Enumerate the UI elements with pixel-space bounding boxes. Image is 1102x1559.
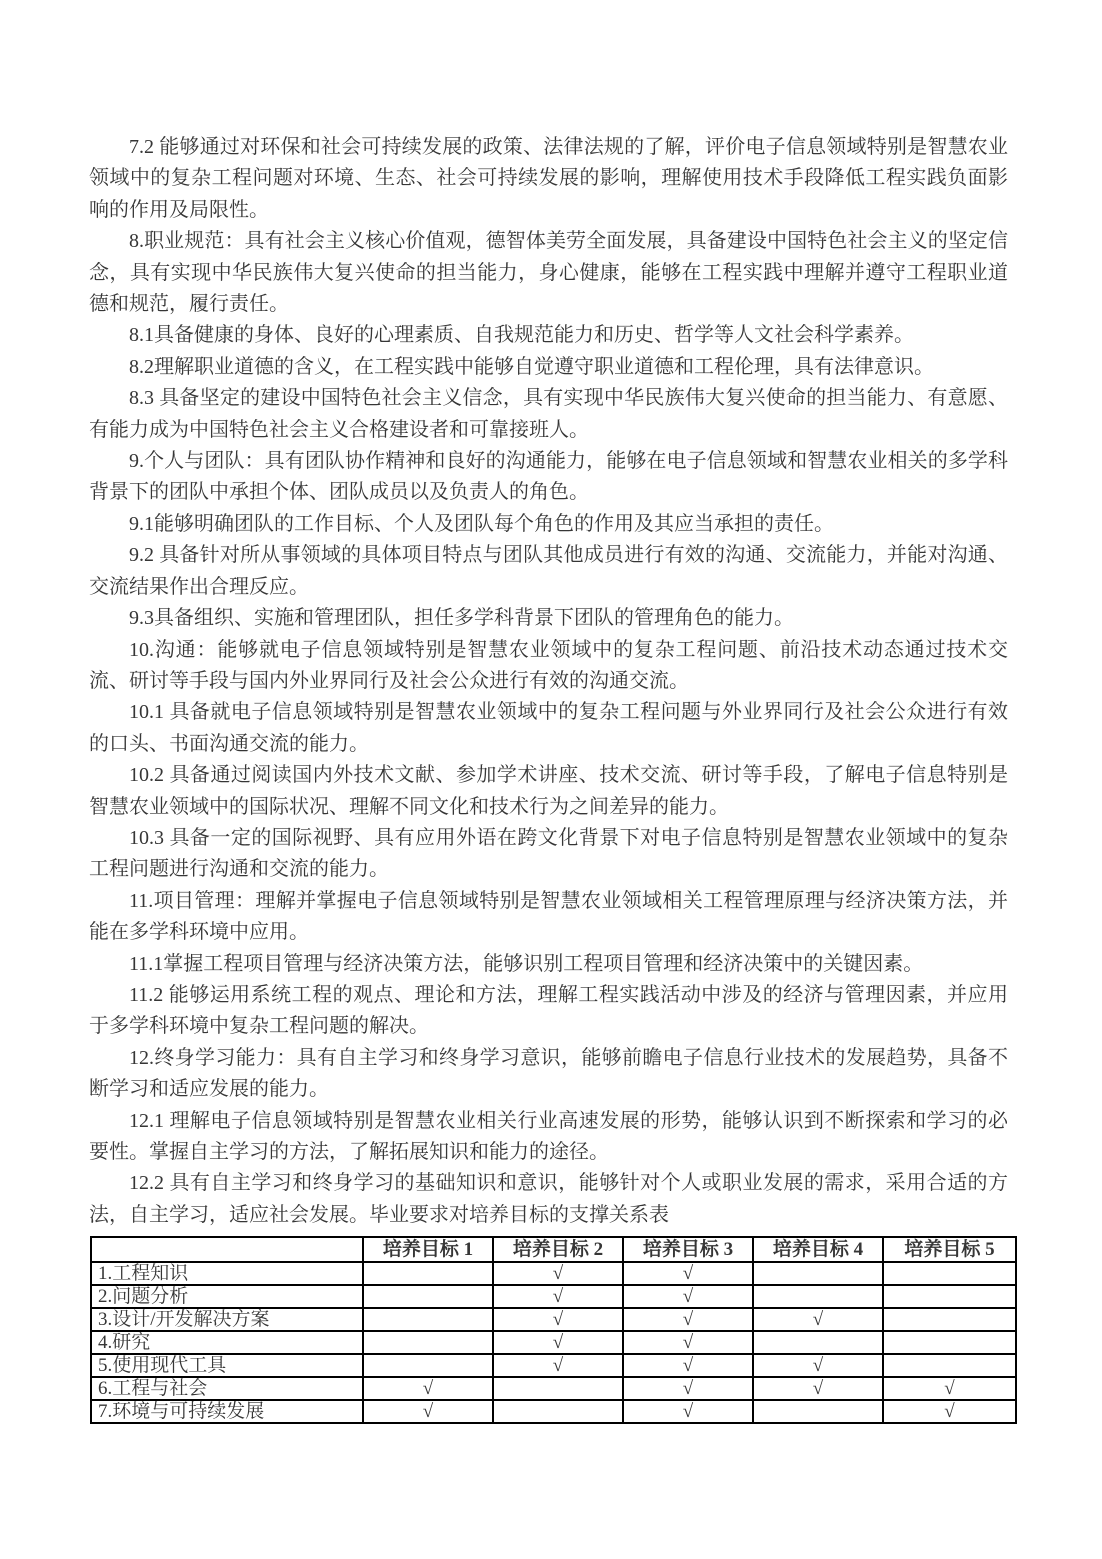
body-paragraph-12: 10.2 具备通过阅读国内外技术文献、参加学术讲座、技术交流、研讨等手段，了解电… xyxy=(89,760,1008,823)
row-label-cell: 3.设计/开发解决方案 xyxy=(91,1308,363,1331)
body-paragraph-16: 11.2 能够运用系统工程的观点、理论和方法，理解工程实践活动中涉及的经济与管理… xyxy=(89,980,1008,1043)
row-label-cell: 1.工程知识 xyxy=(91,1262,363,1285)
empty-cell xyxy=(493,1377,623,1400)
empty-cell xyxy=(883,1331,1016,1354)
matrix-header-cell-goal-5: 培养目标 5 xyxy=(883,1237,1016,1262)
row-label-cell: 6.工程与社会 xyxy=(91,1377,363,1400)
check-mark-icon: √ xyxy=(683,1263,693,1284)
empty-cell xyxy=(883,1354,1016,1377)
check-mark-icon: √ xyxy=(423,1378,433,1399)
row-label-cell: 4.研究 xyxy=(91,1331,363,1354)
empty-cell xyxy=(883,1285,1016,1308)
check-mark-icon: √ xyxy=(553,1309,563,1330)
empty-cell xyxy=(363,1354,493,1377)
body-paragraph-8: 9.2 具备针对所从事领域的具体项目特点与团队其他成员进行有效的沟通、交流能力，… xyxy=(89,540,1008,603)
empty-cell xyxy=(753,1331,883,1354)
body-paragraph-2: 8.职业规范：具有社会主义核心价值观，德智体美劳全面发展，具备建设中国特色社会主… xyxy=(89,226,1008,320)
body-paragraph-9: 9.3具备组织、实施和管理团队，担任多学科背景下团队的管理角色的能力。 xyxy=(89,603,1008,634)
check-mark-icon: √ xyxy=(683,1286,693,1307)
matrix-header-cell-goal-2: 培养目标 2 xyxy=(493,1237,623,1262)
row-label-cell: 5.使用现代工具 xyxy=(91,1354,363,1377)
check-mark-icon: √ xyxy=(423,1401,433,1422)
check-mark-icon: √ xyxy=(553,1355,563,1376)
table-row: 3.设计/开发解决方案√√√ xyxy=(91,1308,1016,1331)
check-mark-icon: √ xyxy=(683,1355,693,1376)
check-mark-icon: √ xyxy=(553,1332,563,1353)
check-mark-cell: √ xyxy=(493,1262,623,1285)
check-mark-icon: √ xyxy=(553,1286,563,1307)
check-mark-icon: √ xyxy=(683,1309,693,1330)
empty-cell xyxy=(883,1262,1016,1285)
check-mark-icon: √ xyxy=(813,1378,823,1399)
body-paragraph-4: 8.2理解职业道德的含义，在工程实践中能够自觉遵守职业道德和工程伦理，具有法律意… xyxy=(89,352,1008,383)
empty-cell xyxy=(883,1308,1016,1331)
table-header-row: 培养目标 1培养目标 2培养目标 3培养目标 4培养目标 5 xyxy=(91,1237,1016,1262)
matrix-corner-cell xyxy=(91,1237,363,1262)
check-mark-cell: √ xyxy=(753,1354,883,1377)
check-mark-cell: √ xyxy=(623,1354,753,1377)
check-mark-icon: √ xyxy=(683,1332,693,1353)
check-mark-cell: √ xyxy=(623,1262,753,1285)
empty-cell xyxy=(753,1285,883,1308)
check-mark-cell: √ xyxy=(493,1331,623,1354)
body-paragraph-19: 12.2 具有自主学习和终身学习的基础知识和意识，能够针对个人或职业发展的需求，… xyxy=(89,1168,1008,1231)
body-paragraph-15: 11.1掌握工程项目管理与经济决策方法，能够识别工程项目管理和经济决策中的关键因… xyxy=(89,949,1008,980)
check-mark-cell: √ xyxy=(363,1400,493,1423)
empty-cell xyxy=(363,1285,493,1308)
check-mark-cell: √ xyxy=(493,1354,623,1377)
check-mark-icon: √ xyxy=(813,1309,823,1330)
support-matrix-body: 1.工程知识√√2.问题分析√√3.设计/开发解决方案√√√4.研究√√5.使用… xyxy=(91,1262,1016,1423)
check-mark-cell: √ xyxy=(753,1377,883,1400)
check-mark-cell: √ xyxy=(493,1285,623,1308)
body-paragraph-11: 10.1 具备就电子信息领域特别是智慧农业领域中的复杂工程问题与外业界同行及社会… xyxy=(89,697,1008,760)
check-mark-cell: √ xyxy=(493,1308,623,1331)
matrix-header-cell-goal-3: 培养目标 3 xyxy=(623,1237,753,1262)
check-mark-cell: √ xyxy=(883,1377,1016,1400)
body-paragraph-7: 9.1能够明确团队的工作目标、个人及团队每个角色的作用及其应当承担的责任。 xyxy=(89,509,1008,540)
check-mark-cell: √ xyxy=(623,1400,753,1423)
table-row: 6.工程与社会√√√√ xyxy=(91,1377,1016,1400)
matrix-header-cell-goal-1: 培养目标 1 xyxy=(363,1237,493,1262)
body-paragraph-17: 12.终身学习能力：具有自主学习和终身学习意识，能够前瞻电子信息行业技术的发展趋… xyxy=(89,1043,1008,1106)
body-paragraph-1: 7.2 能够通过对环保和社会可持续发展的政策、法律法规的了解，评价电子信息领域特… xyxy=(89,132,1008,226)
check-mark-cell: √ xyxy=(623,1331,753,1354)
check-mark-icon: √ xyxy=(944,1378,954,1399)
body-paragraph-10: 10.沟通：能够就电子信息领域特别是智慧农业领域中的复杂工程问题、前沿技术动态通… xyxy=(89,635,1008,698)
matrix-header-cell-goal-4: 培养目标 4 xyxy=(753,1237,883,1262)
body-paragraph-6: 9.个人与团队：具有团队协作精神和良好的沟通能力，能够在电子信息领域和智慧农业相… xyxy=(89,446,1008,509)
body-paragraph-3: 8.1具备健康的身体、良好的心理素质、自我规范能力和历史、哲学等人文社会科学素养… xyxy=(89,320,1008,351)
check-mark-cell: √ xyxy=(623,1377,753,1400)
check-mark-icon: √ xyxy=(813,1355,823,1376)
body-paragraph-14: 11.项目管理：理解并掌握电子信息领域特别是智慧农业领域相关工程管理原理与经济决… xyxy=(89,886,1008,949)
check-mark-cell: √ xyxy=(753,1308,883,1331)
empty-cell xyxy=(493,1400,623,1423)
table-row: 4.研究√√ xyxy=(91,1331,1016,1354)
check-mark-icon: √ xyxy=(683,1401,693,1422)
check-mark-icon: √ xyxy=(683,1378,693,1399)
document-page: 7.2 能够通过对环保和社会可持续发展的政策、法律法规的了解，评价电子信息领域特… xyxy=(0,0,1102,1559)
check-mark-icon: √ xyxy=(944,1401,954,1422)
row-label-cell: 7.环境与可持续发展 xyxy=(91,1400,363,1423)
check-mark-cell: √ xyxy=(883,1400,1016,1423)
table-row: 5.使用现代工具√√√ xyxy=(91,1354,1016,1377)
body-paragraph-5: 8.3 具备坚定的建设中国特色社会主义信念，具有实现中华民族伟大复兴使命的担当能… xyxy=(89,383,1008,446)
support-matrix-table: 培养目标 1培养目标 2培养目标 3培养目标 4培养目标 5 1.工程知识√√2… xyxy=(90,1236,1017,1424)
empty-cell xyxy=(363,1308,493,1331)
empty-cell xyxy=(753,1400,883,1423)
empty-cell xyxy=(363,1331,493,1354)
body-text-block: 7.2 能够通过对环保和社会可持续发展的政策、法律法规的了解，评价电子信息领域特… xyxy=(89,132,1008,1231)
empty-cell xyxy=(753,1262,883,1285)
body-paragraph-13: 10.3 具备一定的国际视野、具有应用外语在跨文化背景下对电子信息特别是智慧农业… xyxy=(89,823,1008,886)
empty-cell xyxy=(363,1262,493,1285)
check-mark-cell: √ xyxy=(623,1285,753,1308)
table-row: 2.问题分析√√ xyxy=(91,1285,1016,1308)
check-mark-cell: √ xyxy=(363,1377,493,1400)
check-mark-cell: √ xyxy=(623,1308,753,1331)
check-mark-icon: √ xyxy=(553,1263,563,1284)
table-row: 1.工程知识√√ xyxy=(91,1262,1016,1285)
table-row: 7.环境与可持续发展√√√ xyxy=(91,1400,1016,1423)
body-paragraph-18: 12.1 理解电子信息领域特别是智慧农业相关行业高速发展的形势，能够认识到不断探… xyxy=(89,1106,1008,1169)
support-matrix-header: 培养目标 1培养目标 2培养目标 3培养目标 4培养目标 5 xyxy=(91,1237,1016,1262)
row-label-cell: 2.问题分析 xyxy=(91,1285,363,1308)
